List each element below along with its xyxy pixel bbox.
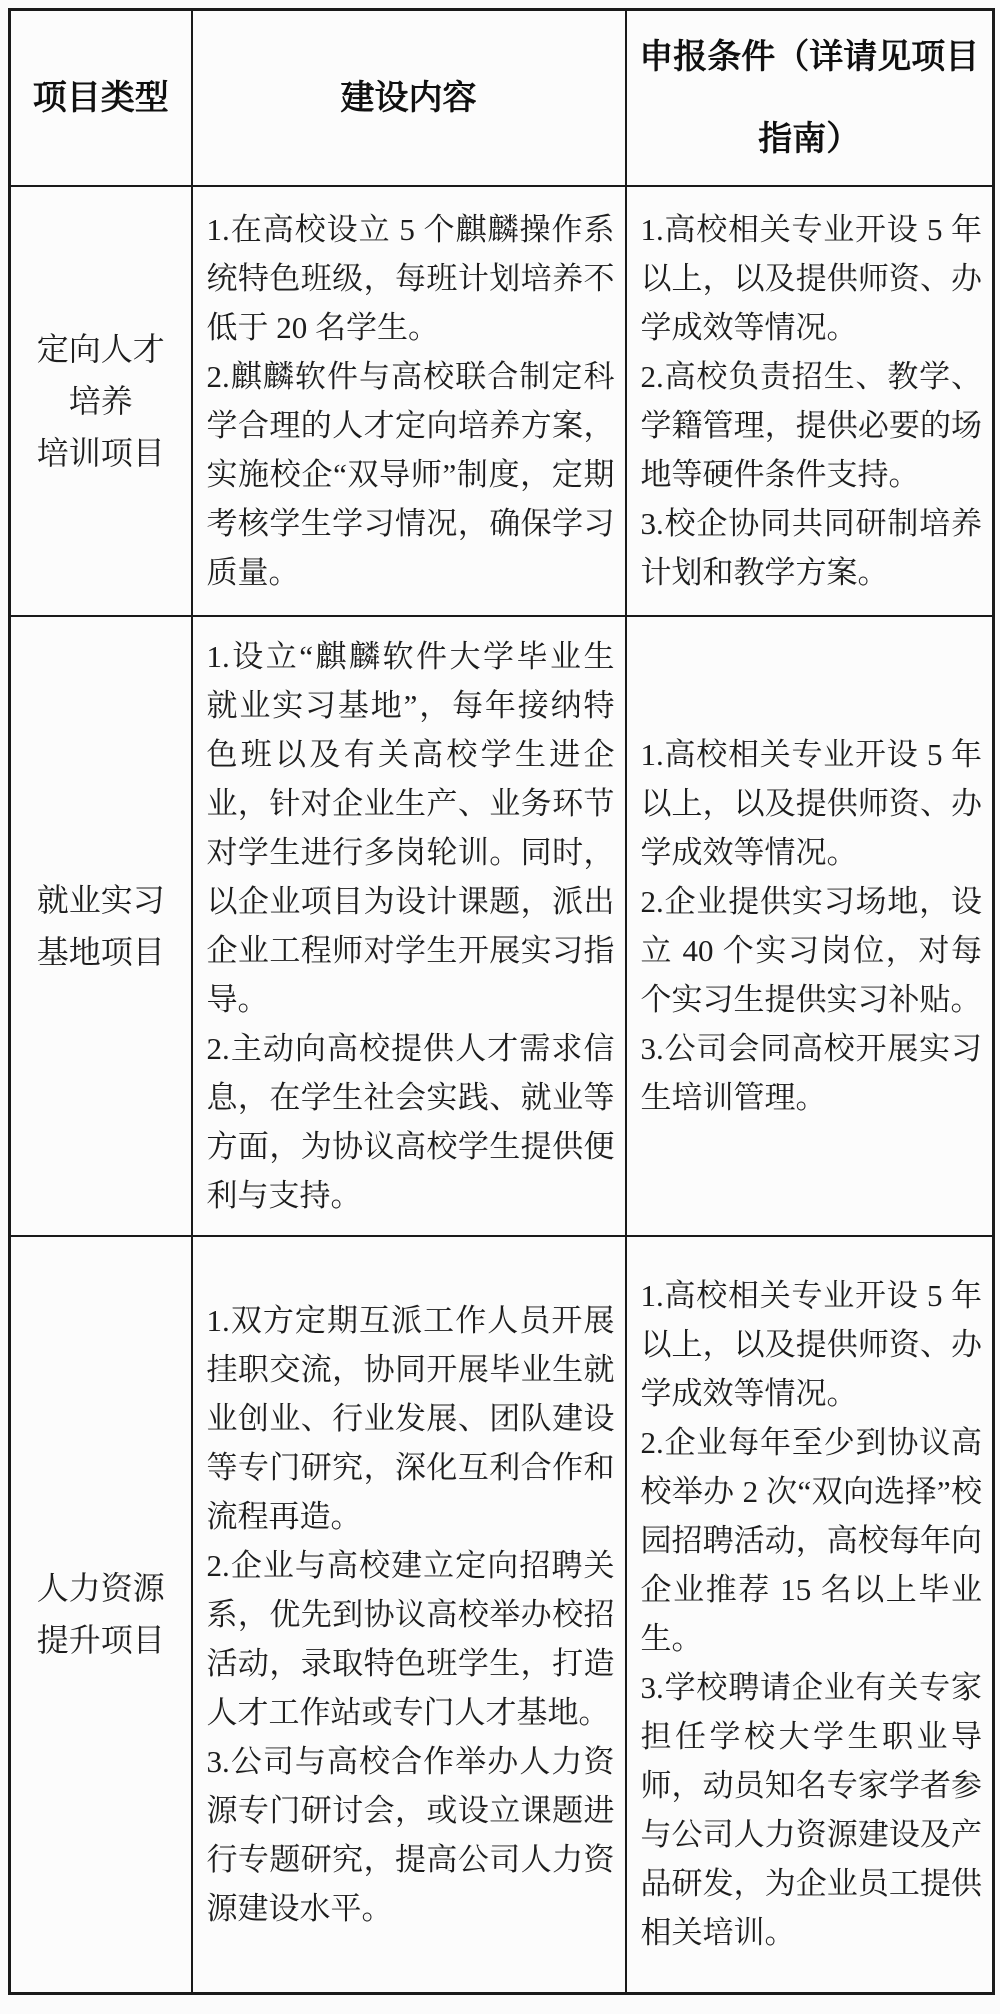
column-header-application-conditions: 申报条件（详请见项目指南） xyxy=(626,10,994,186)
column-header-construction-content: 建设内容 xyxy=(192,10,626,186)
column-header-project-type: 项目类型 xyxy=(10,10,192,186)
application-conditions-cell: 1.高校相关专业开设 5 年以上，以及提供师资、办学成效等情况。 2.高校负责招… xyxy=(626,186,994,616)
construction-content-cell: 1.在高校设立 5 个麒麟操作系统特色班级，每班计划培养不低于 20 名学生。 … xyxy=(192,186,626,616)
table-row: 人力资源 提升项目 1.双方定期互派工作人员开展挂职交流，协同开展毕业生就业创业… xyxy=(10,1236,994,1994)
project-type-cell: 就业实习 基地项目 xyxy=(10,616,192,1236)
table-row: 定向人才 培养 培训项目 1.在高校设立 5 个麒麟操作系统特色班级，每班计划培… xyxy=(10,186,994,616)
application-conditions-cell: 1.高校相关专业开设 5 年以上，以及提供师资、办学成效等情况。 2.企业每年至… xyxy=(626,1236,994,1994)
project-table: 项目类型 建设内容 申报条件（详请见项目指南） 定向人才 培养 培训项目 1.在… xyxy=(8,8,995,1995)
document-page: 项目类型 建设内容 申报条件（详请见项目指南） 定向人才 培养 培训项目 1.在… xyxy=(0,0,1000,2014)
project-type-cell: 人力资源 提升项目 xyxy=(10,1236,192,1994)
project-type-cell: 定向人才 培养 培训项目 xyxy=(10,186,192,616)
construction-content-cell: 1.双方定期互派工作人员开展挂职交流，协同开展毕业生就业创业、行业发展、团队建设… xyxy=(192,1236,626,1994)
construction-content-cell: 1.设立“麒麟软件大学毕业生就业实习基地”，每年接纳特色班以及有关高校学生进企业… xyxy=(192,616,626,1236)
table-row: 就业实习 基地项目 1.设立“麒麟软件大学毕业生就业实习基地”，每年接纳特色班以… xyxy=(10,616,994,1236)
application-conditions-cell: 1.高校相关专业开设 5 年以上，以及提供师资、办学成效等情况。 2.企业提供实… xyxy=(626,616,994,1236)
table-header-row: 项目类型 建设内容 申报条件（详请见项目指南） xyxy=(10,10,994,186)
